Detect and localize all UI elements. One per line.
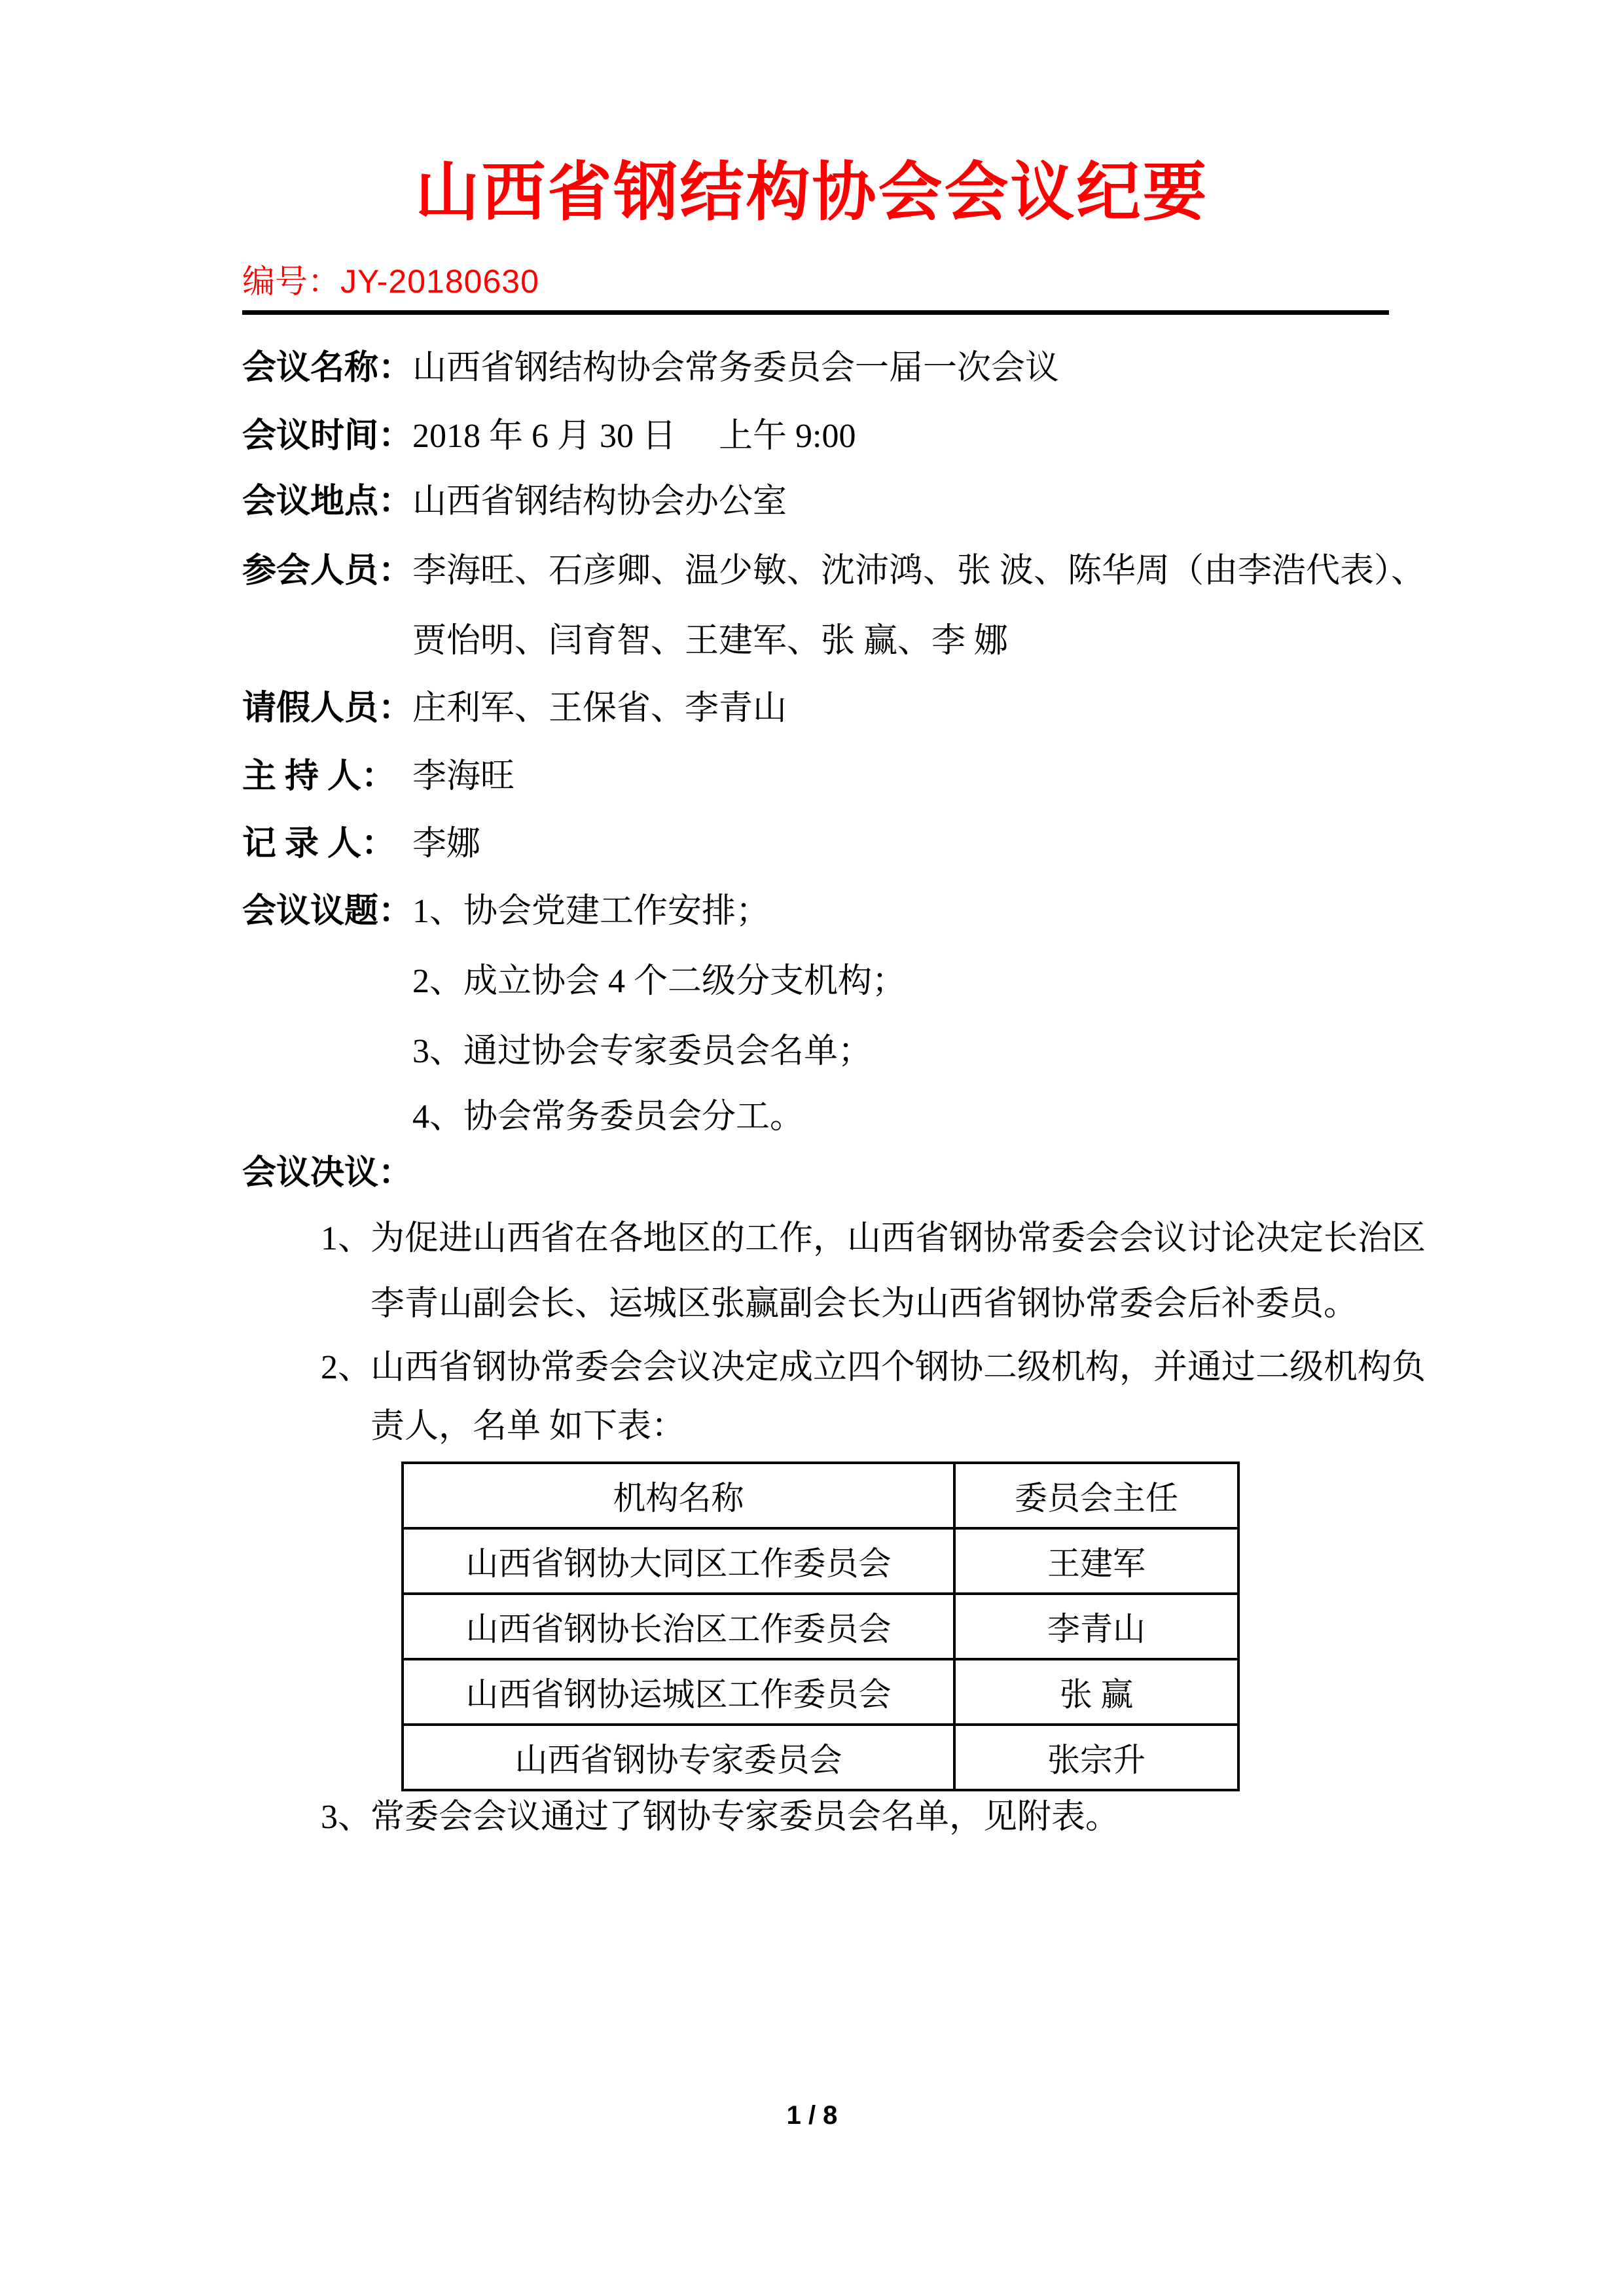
resolution-3-number: 3、 <box>321 1797 370 1839</box>
document-title: 山西省钢结构协会会议纪要 <box>0 151 1624 236</box>
topic-item-4-row: 4、协会常务委员会分工。 <box>412 1096 804 1138</box>
meeting-time-row: 会议时间：2018 年 6 月 30 日 上午 9:00 <box>242 416 856 457</box>
attendees-label: 参会人员： <box>242 550 412 592</box>
org-name-cell: 山西省钢协长治区工作委员会 <box>403 1594 954 1659</box>
document-page: 山西省钢结构协会会议纪要 编号：JY-20180630 会议名称：山西省钢结构协… <box>0 0 1624 2296</box>
resolution-2-line-1: 2、山西省钢协常委会会议决定成立四个钢协二级机构，并通过二级机构负 <box>321 1347 1426 1389</box>
meeting-name-label: 会议名称： <box>242 348 412 389</box>
recorder-label: 记 录 人： <box>242 823 412 865</box>
recorder-row: 记 录 人：李娜 <box>242 823 480 865</box>
resolution-heading: 会议决议： <box>242 1153 412 1194</box>
attendees-line-2: 贾怡明、闫育智、王建军、张 赢、李 娜 <box>412 622 1008 660</box>
absent-label: 请假人员： <box>242 688 412 730</box>
table-row: 山西省钢协大同区工作委员会 王建军 <box>403 1528 1238 1594</box>
doc-number-value: JY-20180630 <box>340 263 539 300</box>
topics-row: 会议议题：1、协会党建工作安排； <box>242 891 770 933</box>
resolution-1-number: 1、 <box>321 1218 370 1260</box>
topic-item-2: 2、成立协会 4 个二级分支机构； <box>412 963 906 1000</box>
chair-name-cell: 王建军 <box>954 1528 1238 1594</box>
page-number: 1 / 8 <box>0 2098 1624 2132</box>
meeting-place-value: 山西省钢结构协会办公室 <box>412 483 787 520</box>
resolution-1-line-1: 1、为促进山西省在各地区的工作，山西省钢协常委会会议讨论决定长治区 <box>321 1218 1426 1260</box>
meeting-name-value: 山西省钢结构协会常务委员会一届一次会议 <box>412 350 1059 387</box>
recorder-value: 李娜 <box>412 825 480 863</box>
org-name-cell: 山西省钢协专家委员会 <box>403 1725 954 1790</box>
table-row: 山西省钢协长治区工作委员会 李青山 <box>403 1594 1238 1659</box>
resolution-1-text-1: 为促进山西省在各地区的工作，山西省钢协常委会会议讨论决定长治区 <box>370 1220 1426 1257</box>
topic-item-3: 3、通过协会专家委员会名单； <box>412 1033 872 1070</box>
resolution-3-text-1: 常委会会议通过了钢协专家委员会名单，见附表。 <box>370 1799 1119 1836</box>
topic-item-1: 1、协会党建工作安排； <box>412 893 770 930</box>
divider-rule <box>242 310 1389 315</box>
doc-number-line: 编号：JY-20180630 <box>242 260 539 302</box>
topic-item-2-row: 2、成立协会 4 个二级分支机构； <box>412 961 906 1003</box>
chair-name-cell: 张宗升 <box>954 1725 1238 1790</box>
attendees-row: 参会人员：李海旺、石彦卿、温少敏、沈沛鸿、张 波、陈华周（由李浩代表）、 <box>242 550 1425 592</box>
org-name-cell: 山西省钢协大同区工作委员会 <box>403 1528 954 1594</box>
host-row: 主 持 人：李海旺 <box>242 756 514 798</box>
topics-label: 会议议题： <box>242 891 412 933</box>
resolution-3-line-1: 3、常委会会议通过了钢协专家委员会名单，见附表。 <box>321 1797 1119 1839</box>
org-name-cell: 山西省钢协运城区工作委员会 <box>403 1659 954 1725</box>
meeting-place-row: 会议地点：山西省钢结构协会办公室 <box>242 481 787 523</box>
meeting-name-row: 会议名称：山西省钢结构协会常务委员会一届一次会议 <box>242 348 1059 389</box>
topic-item-4: 4、协会常务委员会分工。 <box>412 1098 804 1136</box>
chair-name-cell: 李青山 <box>954 1594 1238 1659</box>
meeting-time-label: 会议时间： <box>242 416 412 457</box>
committee-table: 机构名称 委员会主任 山西省钢协大同区工作委员会 王建军 山西省钢协长治区工作委… <box>401 1462 1240 1791</box>
absent-row: 请假人员：庄利军、王保省、李青山 <box>242 688 787 730</box>
attendees-continuation: 贾怡明、闫育智、王建军、张 赢、李 娜 <box>412 620 1008 662</box>
doc-number-label: 编号： <box>242 263 340 300</box>
chair-name-cell: 张 赢 <box>954 1659 1238 1725</box>
resolution-2-text-1: 山西省钢协常委会会议决定成立四个钢协二级机构，并通过二级机构负 <box>370 1349 1426 1386</box>
absent-value: 庄利军、王保省、李青山 <box>412 690 787 727</box>
resolution-1-text-2: 李青山副会长、运城区张赢副会长为山西省钢协常委会后补委员。 <box>370 1285 1358 1323</box>
meeting-time-value: 2018 年 6 月 30 日 上午 9:00 <box>412 418 856 455</box>
host-label: 主 持 人： <box>242 756 412 798</box>
table-row: 山西省钢协专家委员会 张宗升 <box>403 1725 1238 1790</box>
meeting-place-label: 会议地点： <box>242 481 412 523</box>
attendees-line-1: 李海旺、石彦卿、温少敏、沈沛鸿、张 波、陈华周（由李浩代表）、 <box>412 552 1425 590</box>
table-header-row: 机构名称 委员会主任 <box>403 1463 1238 1528</box>
resolution-2-text-2: 责人，名单 如下表： <box>370 1408 685 1445</box>
resolution-1-line-2: 李青山副会长、运城区张赢副会长为山西省钢协常委会后补委员。 <box>370 1283 1358 1325</box>
resolution-2-number: 2、 <box>321 1347 370 1389</box>
table-header-chair: 委员会主任 <box>954 1463 1238 1528</box>
resolution-2-line-2: 责人，名单 如下表： <box>370 1406 685 1448</box>
table-header-org: 机构名称 <box>403 1463 954 1528</box>
table-row: 山西省钢协运城区工作委员会 张 赢 <box>403 1659 1238 1725</box>
topic-item-3-row: 3、通过协会专家委员会名单； <box>412 1031 872 1073</box>
host-value: 李海旺 <box>412 758 514 795</box>
